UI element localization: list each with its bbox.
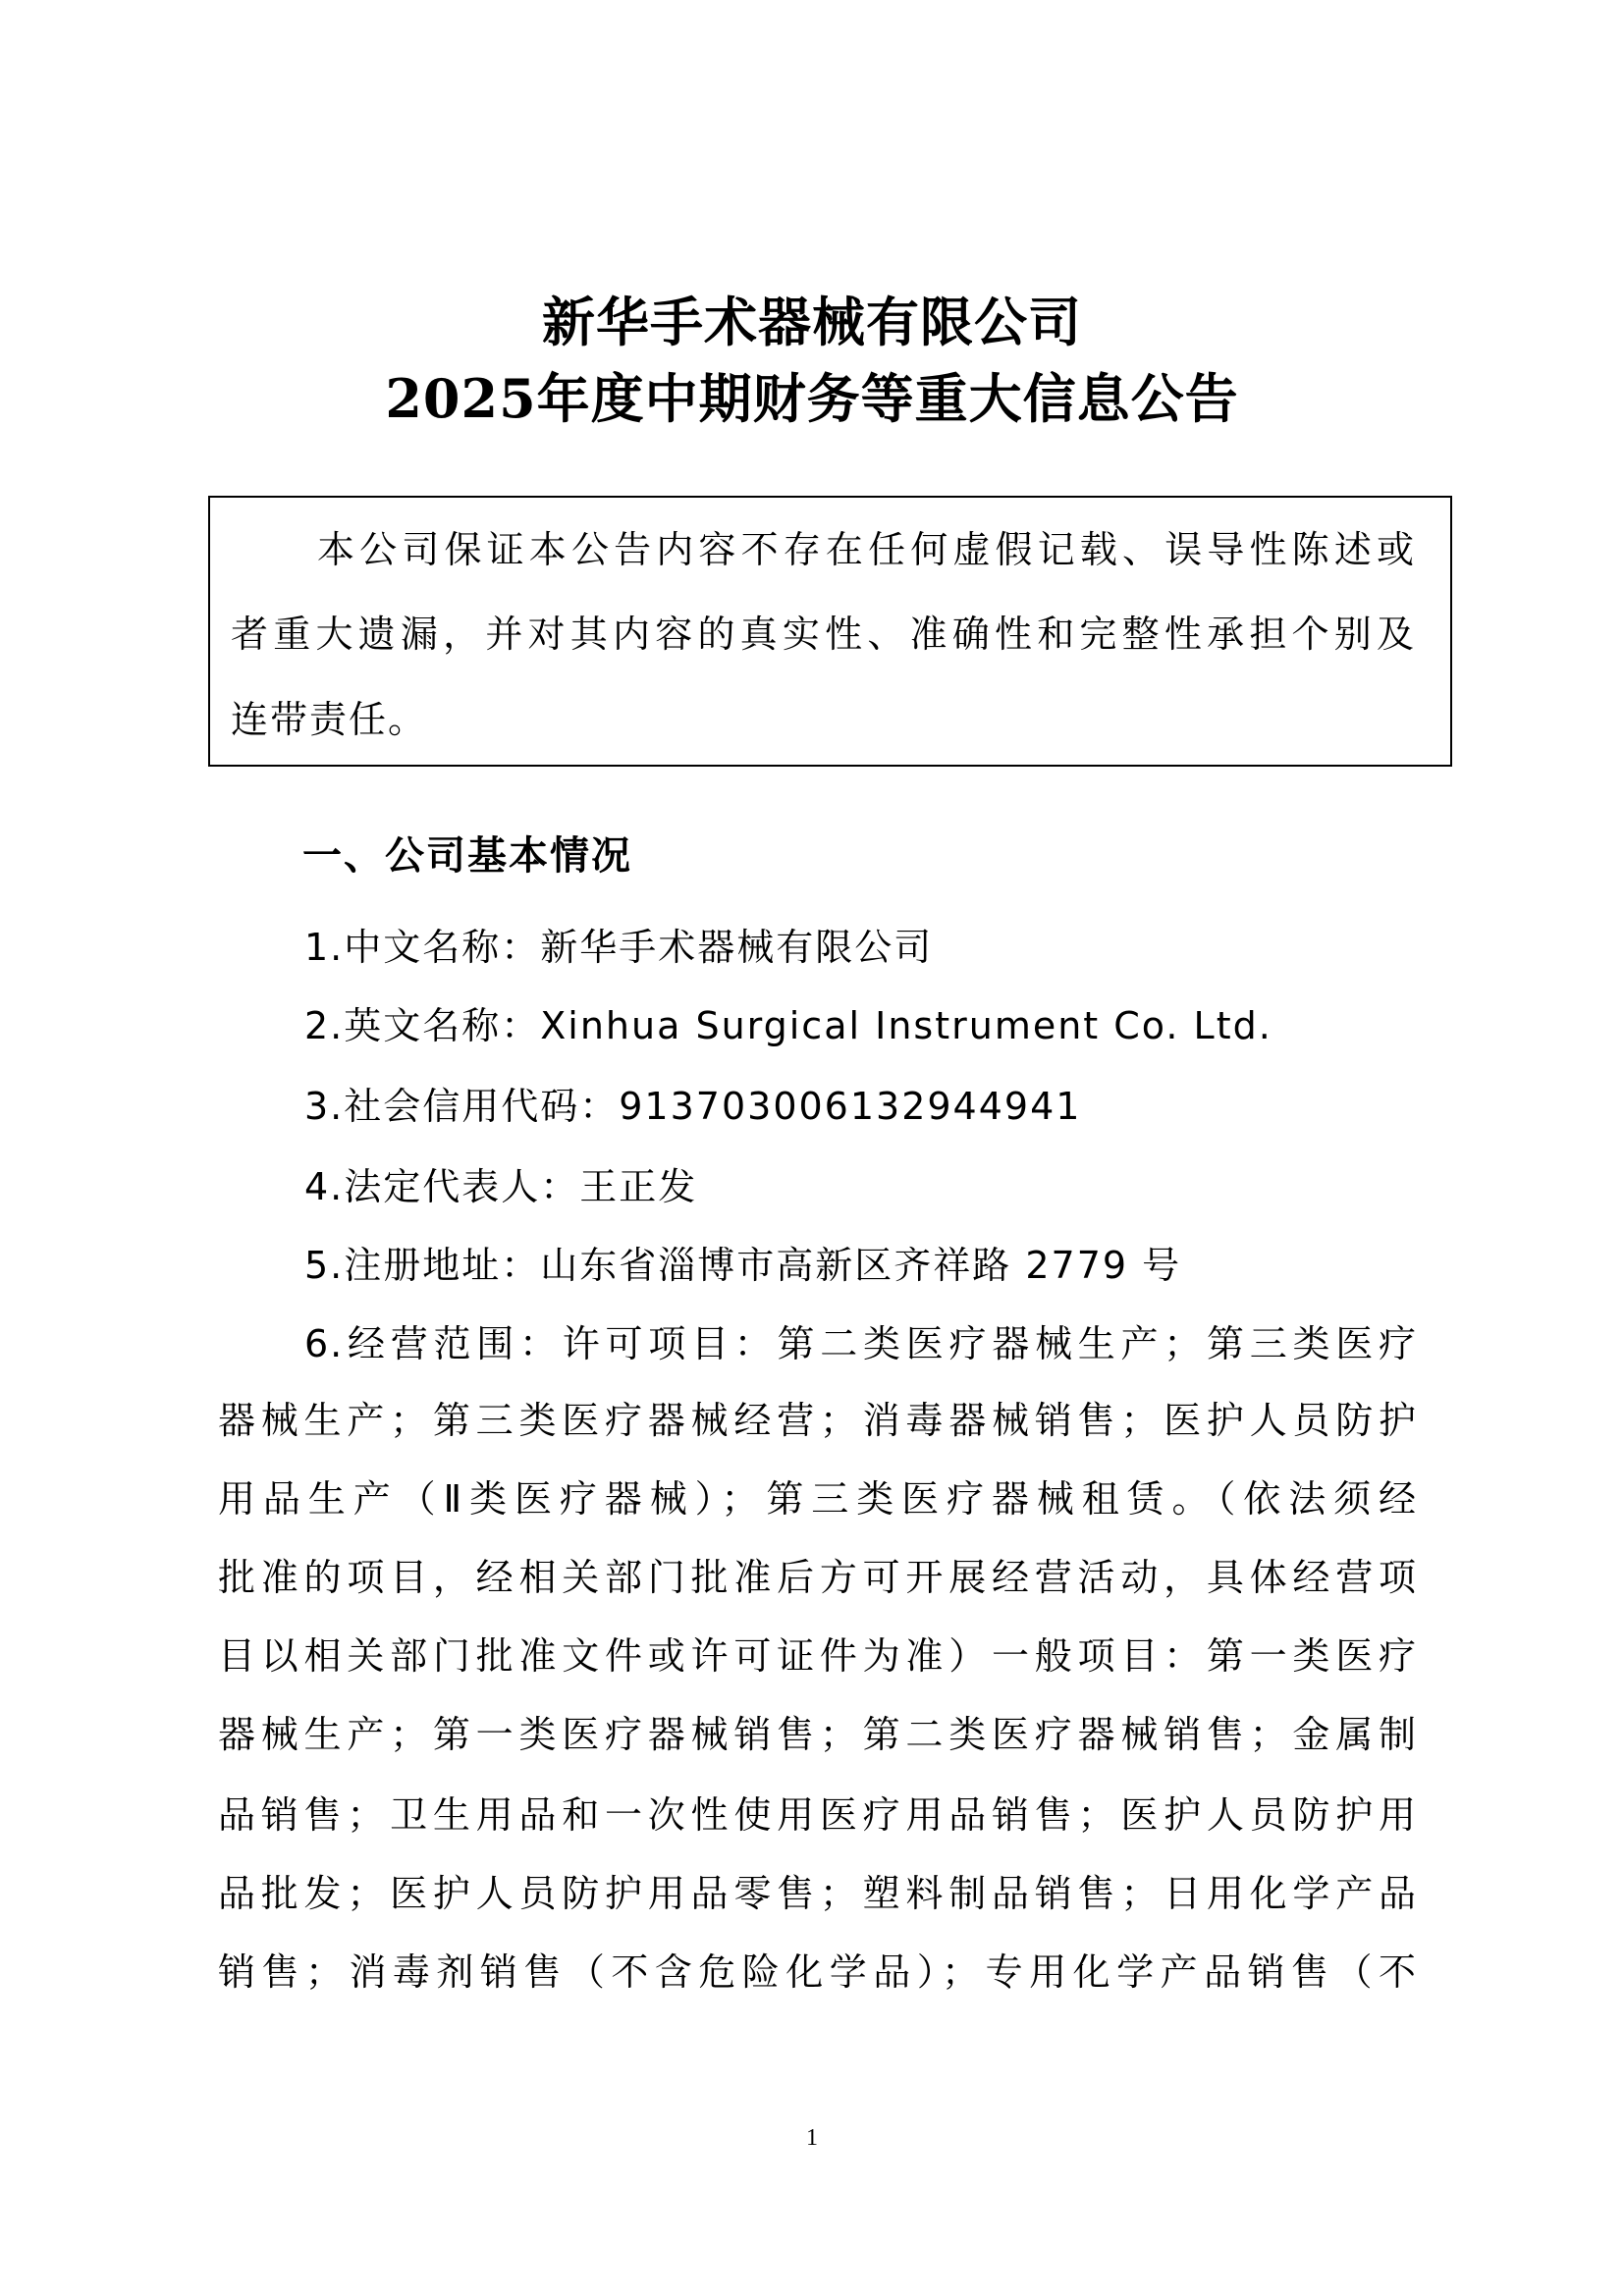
disclaimer-line: 本公司保证本公告内容不存在任何虚假记载、误导性陈述或: [317, 527, 1416, 572]
business-scope-line: 品销售；卫生用品和一次性使用医疗用品销售；医护人员防护用: [218, 1792, 1418, 1838]
business-scope-line: 品批发；医护人员防护用品零售；塑料制品销售；日用化学产品: [218, 1871, 1418, 1916]
document-title-announcement: 2025年度中期财务等重大信息公告: [0, 369, 1624, 428]
info-item-credit-code: 3.社会信用代码：913703006132944941: [304, 1084, 1424, 1129]
business-scope-line: 批准的项目，经相关部门批准后方可开展经营活动，具体经营项: [218, 1555, 1418, 1600]
section-heading-company-basics: 一、公司基本情况: [302, 832, 632, 880]
info-item-chinese-name: 1.中文名称：新华手术器械有限公司: [304, 925, 1424, 970]
business-scope-line: 目以相关部门批准文件或许可证件为准）一般项目：第一类医疗: [218, 1633, 1418, 1679]
info-item-legal-representative: 4.法定代表人：王正发: [304, 1164, 1424, 1209]
business-scope-line: 器械生产；第一类医疗器械销售；第二类医疗器械销售；金属制: [218, 1712, 1418, 1757]
document-title-company: 新华手术器械有限公司: [0, 293, 1624, 351]
disclaimer-line: 连带责任。: [231, 697, 1416, 742]
business-scope-line: 销售；消毒剂销售（不含危险化学品）；专用化学产品销售（不: [218, 1949, 1418, 1995]
business-scope-line: 用品生产（Ⅱ类医疗器械）；第三类医疗器械租赁。（依法须经: [218, 1476, 1418, 1522]
business-scope-line: 器械生产；第三类医疗器械经营；消毒器械销售；医护人员防护: [218, 1398, 1418, 1443]
page-number: 1: [0, 2123, 1624, 2153]
info-item-english-name: 2.英文名称：Xinhua Surgical Instrument Co. Lt…: [304, 1003, 1424, 1048]
disclaimer-line: 者重大遗漏，并对其内容的真实性、准确性和完整性承担个别及: [231, 612, 1416, 657]
document-page: 新华手术器械有限公司 2025年度中期财务等重大信息公告 本公司保证本公告内容不…: [0, 0, 1624, 2296]
business-scope-line: 6.经营范围：许可项目：第二类医疗器械生产；第三类医疗: [304, 1321, 1418, 1366]
info-item-registered-address: 5.注册地址：山东省淄博市高新区齐祥路 2779 号: [304, 1243, 1424, 1288]
